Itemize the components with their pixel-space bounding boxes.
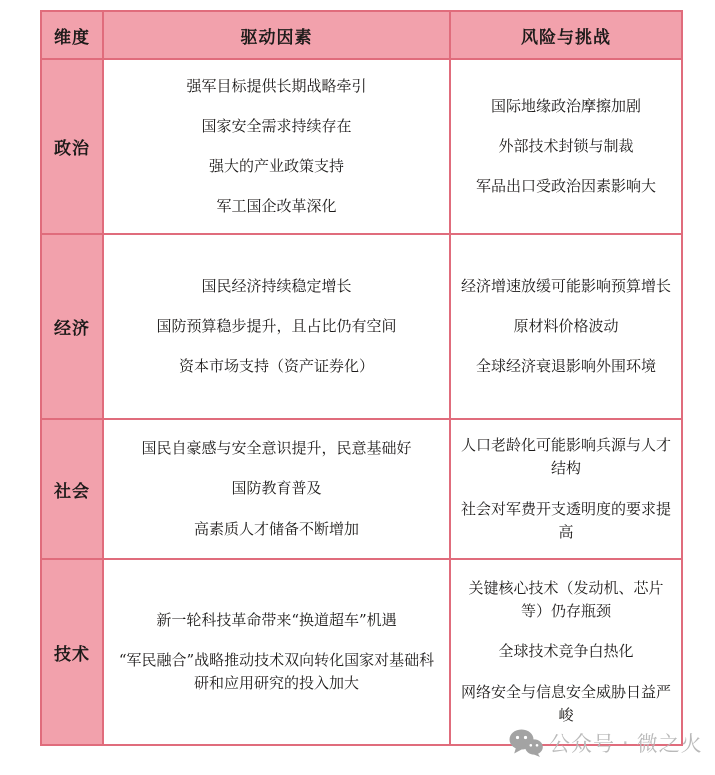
table-row-society: 社会 国民自豪感与安全意识提升，民意基础好 国防教育普及 高素质人才储备不断增加… <box>41 419 682 559</box>
driver-item: 强军目标提供长期战略牵引 <box>186 75 366 98</box>
driver-item: 高素质人才储备不断增加 <box>194 518 359 541</box>
risk-item: 经济增速放缓可能影响预算增长 <box>461 275 671 298</box>
drivers-cell-technology: 新一轮科技革命带来“换道超车”机遇 “军民融合”战略推动技术双向转化国家对基础科… <box>103 559 450 745</box>
drivers-cell-politics: 强军目标提供长期战略牵引 国家安全需求持续存在 强大的产业政策支持 军工国企改革… <box>103 59 450 234</box>
driver-item: 新一轮科技革命带来“换道超车”机遇 <box>156 609 396 632</box>
risk-item: 原材料价格波动 <box>513 315 618 338</box>
table-row-politics: 政治 强军目标提供长期战略牵引 国家安全需求持续存在 强大的产业政策支持 军工国… <box>41 59 682 234</box>
watermark-account-label: 公众号 <box>549 728 615 758</box>
risks-cell-politics: 国际地缘政治摩擦加剧 外部技术封锁与制裁 军品出口受政治因素影响大 <box>450 59 682 234</box>
header-row: 维度 驱动因素 风险与挑战 <box>41 11 682 59</box>
risk-item: 外部技术封锁与制裁 <box>498 135 633 158</box>
risk-item: 全球经济衰退影响外围环境 <box>476 355 656 378</box>
watermark-separator: · <box>622 731 630 755</box>
drivers-cell-economy: 国民经济持续稳定增长 国防预算稳步提升，且占比仍有空间 资本市场支持（资产证券化… <box>103 234 450 419</box>
driver-item: 国民经济持续稳定增长 <box>201 275 351 298</box>
driver-item: 资本市场支持（资产证券化） <box>179 355 374 378</box>
page: 维度 驱动因素 风险与挑战 政治 强军目标提供长期战略牵引 国家安全需求持续存在… <box>0 0 715 775</box>
risk-item: 关键核心技术（发动机、芯片等）仍存瓶颈 <box>461 577 671 624</box>
table-row-technology: 技术 新一轮科技革命带来“换道超车”机遇 “军民融合”战略推动技术双向转化国家对… <box>41 559 682 745</box>
risk-item: 社会对军费开支透明度的要求提高 <box>461 498 671 545</box>
header-cell-drivers: 驱动因素 <box>103 11 450 59</box>
dimension-label-economy: 经济 <box>41 234 103 419</box>
driver-item: 国防教育普及 <box>231 477 321 500</box>
risks-cell-technology: 关键核心技术（发动机、芯片等）仍存瓶颈 全球技术竞争白热化 网络安全与信息安全威… <box>450 559 682 745</box>
driver-item: 强大的产业政策支持 <box>209 155 344 178</box>
risk-item: 全球技术竞争白热化 <box>498 640 633 663</box>
drivers-cell-society: 国民自豪感与安全意识提升，民意基础好 国防教育普及 高素质人才储备不断增加 <box>103 419 450 559</box>
driver-item: 国防预算稳步提升，且占比仍有空间 <box>156 315 396 338</box>
driver-item: “军民融合”战略推动技术双向转化国家对基础科研和应用研究的投入加大 <box>114 649 439 696</box>
risk-item: 网络安全与信息安全威胁日益严峻 <box>461 681 671 728</box>
header-cell-risks: 风险与挑战 <box>450 11 682 59</box>
risk-item: 国际地缘政治摩擦加剧 <box>491 95 641 118</box>
wechat-icon <box>509 729 543 757</box>
dimension-label-society: 社会 <box>41 419 103 559</box>
watermark-account-name: 微之火 <box>637 728 703 758</box>
risk-item: 人口老龄化可能影响兵源与人才结构 <box>461 434 671 481</box>
pest-analysis-table: 维度 驱动因素 风险与挑战 政治 强军目标提供长期战略牵引 国家安全需求持续存在… <box>40 10 683 746</box>
header-cell-dimension: 维度 <box>41 11 103 59</box>
table-row-economy: 经济 国民经济持续稳定增长 国防预算稳步提升，且占比仍有空间 资本市场支持（资产… <box>41 234 682 419</box>
risks-cell-society: 人口老龄化可能影响兵源与人才结构 社会对军费开支透明度的要求提高 <box>450 419 682 559</box>
risks-cell-economy: 经济增速放缓可能影响预算增长 原材料价格波动 全球经济衰退影响外围环境 <box>450 234 682 419</box>
driver-item: 国民自豪感与安全意识提升，民意基础好 <box>141 437 411 460</box>
driver-item: 国家安全需求持续存在 <box>201 115 351 138</box>
risk-item: 军品出口受政治因素影响大 <box>476 175 656 198</box>
driver-item: 军工国企改革深化 <box>216 195 336 218</box>
table-body: 维度 驱动因素 风险与挑战 政治 强军目标提供长期战略牵引 国家安全需求持续存在… <box>41 11 682 745</box>
dimension-label-technology: 技术 <box>41 559 103 745</box>
dimension-label-politics: 政治 <box>41 59 103 234</box>
watermark: 公众号 · 微之火 <box>509 728 703 758</box>
